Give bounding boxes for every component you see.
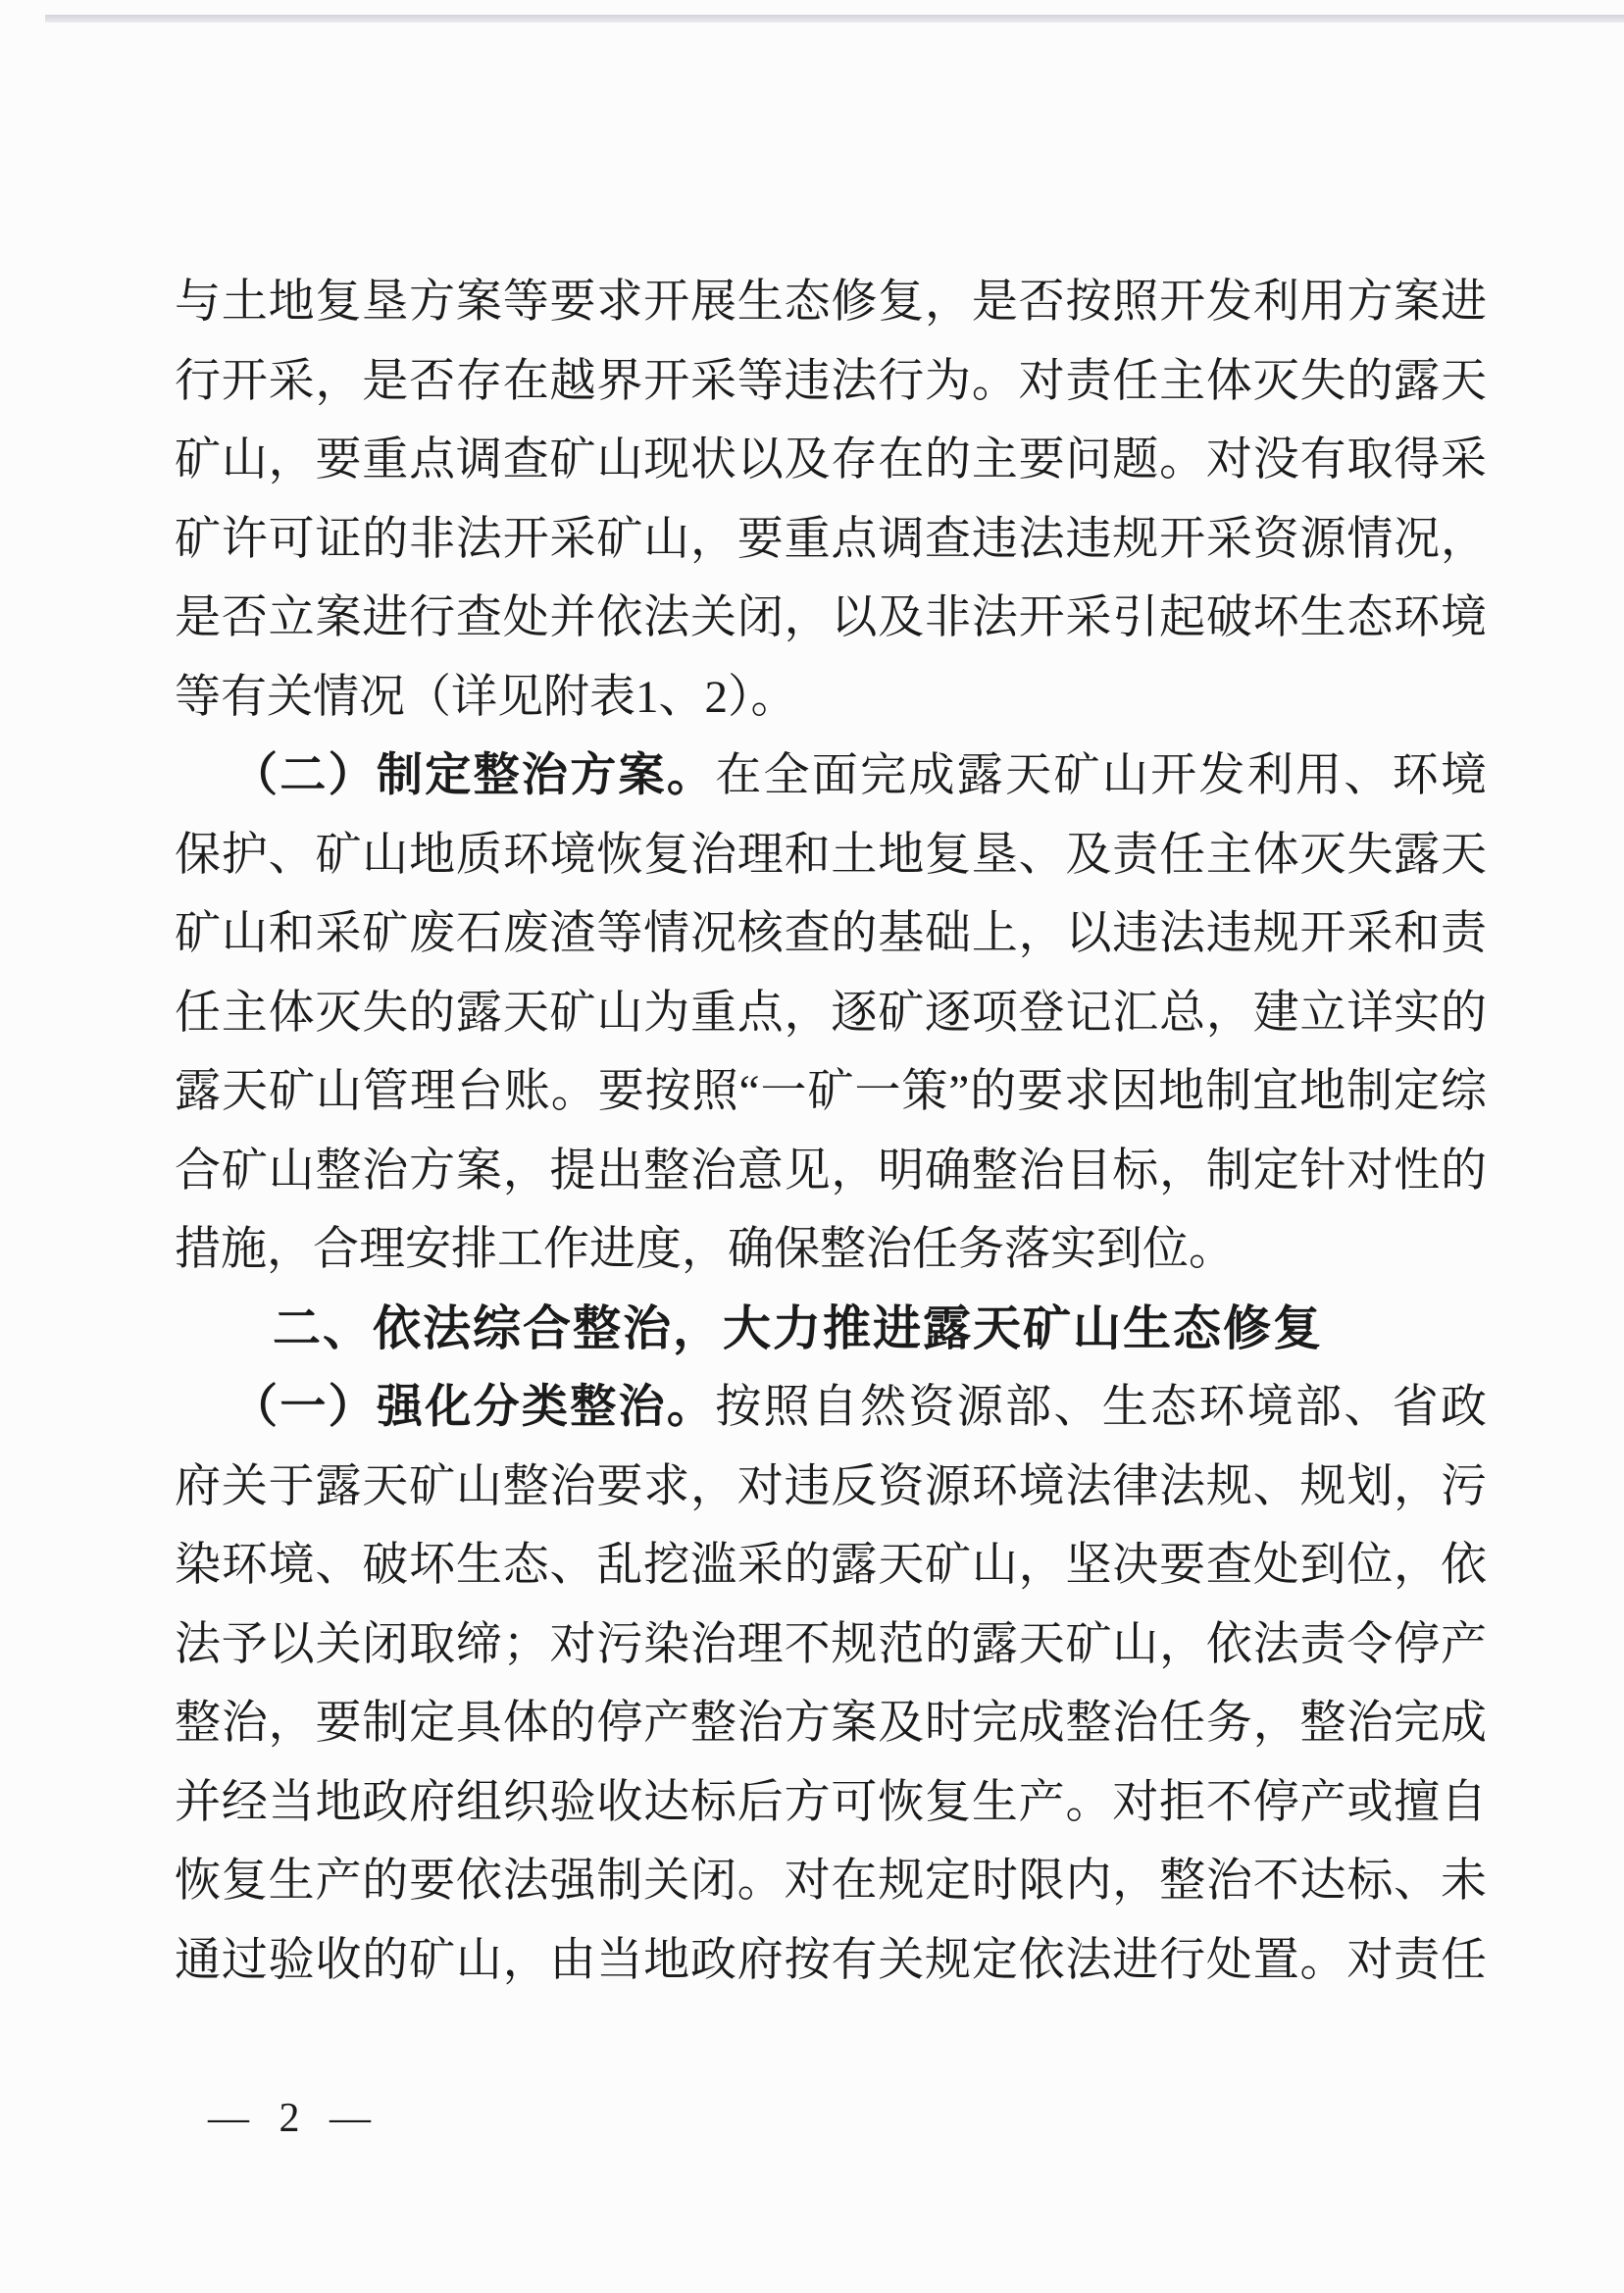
line-text: 是否立案进行查处并依法关闭，以及非法开采引起破坏生态环境 <box>175 592 1487 643</box>
scan-edge-artifact <box>45 15 1624 23</box>
text-line: 法予以关闭取缔；对污染治理不规范的露天矿山，依法责令停产 <box>175 1605 1487 1685</box>
text-line: 合矿山整治方案，提出整治意见，明确整治目标，制定针对性的 <box>175 1132 1487 1211</box>
text-line: 通过验收的矿山，由当地政府按有关规定依法进行处置。对责任 <box>175 1921 1487 2001</box>
document-page: 与土地复垦方案等要求开展生态修复，是否按照开发利用方案进 行开采，是否存在越界开… <box>0 0 1624 2293</box>
text-line: 任主体灭失的露天矿山为重点，逐矿逐项登记汇总，建立详实的 <box>175 974 1487 1053</box>
line-text: 并经当地政府组织验收达标后方可恢复生产。对拒不停产或擅自 <box>175 1777 1487 1828</box>
text-line: 措施，合理安排工作进度，确保整治任务落实到位。 <box>175 1210 1487 1290</box>
text-line: 矿山和采矿废石废渣等情况核查的基础上，以违法违规开采和责 <box>175 894 1487 974</box>
paragraph-start-line: （二）制定整治方案。在全面完成露天矿山开发利用、环境 <box>175 737 1487 816</box>
document-body: 与土地复垦方案等要求开展生态修复，是否按照开发利用方案进 行开采，是否存在越界开… <box>175 263 1487 2000</box>
text-line: 恢复生产的要依法强制关闭。对在规定时限内，整治不达标、未 <box>175 1842 1487 1921</box>
line-text: 露天矿山管理台账。要按照“一矿一策”的要求因地制宜地制定综 <box>175 1066 1487 1117</box>
paragraph-start-line: （一）强化分类整治。按照自然资源部、生态环境部、省政 <box>175 1368 1487 1448</box>
line-text: 染环境、破坏生态、乱挖滥采的露天矿山，坚决要查处到位，依 <box>175 1540 1487 1591</box>
bold-lead-text: （一）强化分类整治。 <box>231 1382 715 1433</box>
line-text: 恢复生产的要依法强制关闭。对在规定时限内，整治不达标、未 <box>175 1856 1487 1907</box>
text-line: 等有关情况（详见附表1、2）。 <box>175 658 1487 738</box>
line-text: 任主体灭失的露天矿山为重点，逐矿逐项登记汇总，建立详实的 <box>175 988 1487 1039</box>
text-line: 染环境、破坏生态、乱挖滥采的露天矿山，坚决要查处到位，依 <box>175 1526 1487 1605</box>
heading-text: 二、依法综合整治，大力推进露天矿山生态修复 <box>273 1302 1323 1355</box>
line-text: 矿许可证的非法开采矿山，要重点调查违法违规开采资源情况， <box>175 514 1487 565</box>
line-text: 合矿山整治方案，提出整治意见，明确整治目标，制定针对性的 <box>175 1146 1487 1197</box>
text-line: 并经当地政府组织验收达标后方可恢复生产。对拒不停产或擅自 <box>175 1763 1487 1843</box>
text-line: 是否立案进行查处并依法关闭，以及非法开采引起破坏生态环境 <box>175 579 1487 658</box>
text-line: 矿山，要重点调查矿山现状以及存在的主要问题。对没有取得采 <box>175 421 1487 500</box>
text-line: 露天矿山管理台账。要按照“一矿一策”的要求因地制宜地制定综 <box>175 1052 1487 1132</box>
line-text: 与土地复垦方案等要求开展生态修复，是否按照开发利用方案进 <box>175 277 1487 328</box>
text-line: 行开采，是否存在越界开采等违法行为。对责任主体灭失的露天 <box>175 342 1487 422</box>
line-text: 保护、矿山地质环境恢复治理和土地复垦、及责任主体灭失露天 <box>175 830 1487 881</box>
line-text: 在全面完成露天矿山开发利用、环境 <box>715 750 1487 801</box>
text-line: 矿许可证的非法开采矿山，要重点调查违法违规开采资源情况， <box>175 500 1487 580</box>
line-text: 措施，合理安排工作进度，确保整治任务落实到位。 <box>175 1224 1235 1275</box>
line-text: 整治，要制定具体的停产整治方案及时完成整治任务，整治完成 <box>175 1698 1487 1749</box>
line-text: 行开采，是否存在越界开采等违法行为。对责任主体灭失的露天 <box>175 356 1487 407</box>
line-text: 矿山，要重点调查矿山现状以及存在的主要问题。对没有取得采 <box>175 434 1487 485</box>
line-text: 法予以关闭取缔；对污染治理不规范的露天矿山，依法责令停产 <box>175 1619 1487 1670</box>
section-heading: 二、依法综合整治，大力推进露天矿山生态修复 <box>175 1290 1487 1369</box>
text-line: 保护、矿山地质环境恢复治理和土地复垦、及责任主体灭失露天 <box>175 816 1487 895</box>
text-line: 府关于露天矿山整治要求，对违反资源环境法律法规、规划，污 <box>175 1448 1487 1527</box>
line-text: 府关于露天矿山整治要求，对违反资源环境法律法规、规划，污 <box>175 1461 1487 1512</box>
line-text: 按照自然资源部、生态环境部、省政 <box>715 1382 1487 1433</box>
text-line: 与土地复垦方案等要求开展生态修复，是否按照开发利用方案进 <box>175 263 1487 342</box>
line-text: 等有关情况（详见附表1、2）。 <box>175 672 797 723</box>
line-text: 通过验收的矿山，由当地政府按有关规定依法进行处置。对责任 <box>175 1935 1487 1986</box>
text-line: 整治，要制定具体的停产整治方案及时完成整治任务，整治完成 <box>175 1684 1487 1763</box>
page-number: — 2 — <box>208 2095 381 2142</box>
line-text: 矿山和采矿废石废渣等情况核查的基础上，以违法违规开采和责 <box>175 908 1487 959</box>
bold-lead-text: （二）制定整治方案。 <box>231 750 715 801</box>
